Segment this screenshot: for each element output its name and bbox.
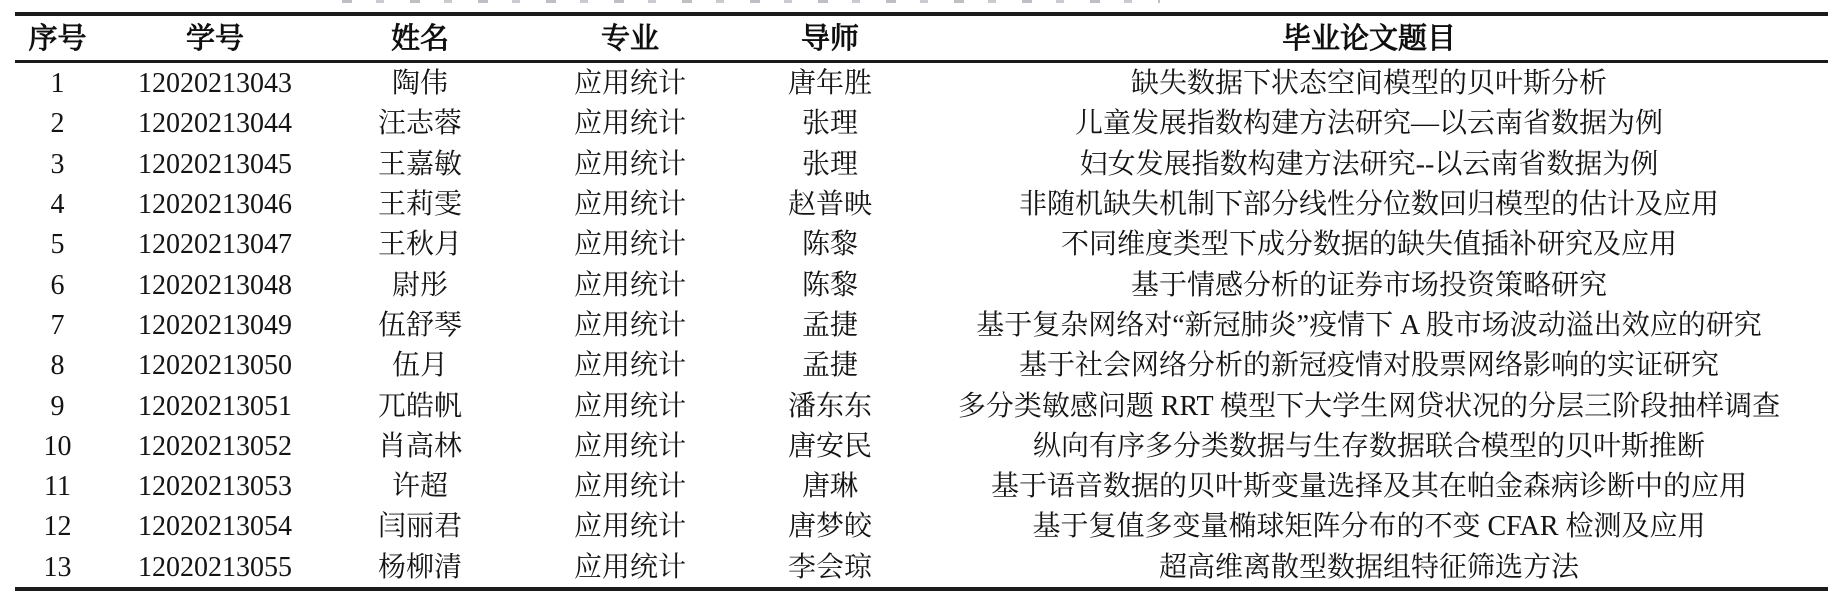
cell-name: 王嘉敏 <box>330 149 510 179</box>
cell-thesis_title: 基于语音数据的贝叶斯变量选择及其在帕金森病诊断中的应用 <box>910 471 1828 501</box>
cell-advisor: 陈黎 <box>750 229 910 259</box>
cell-major: 应用统计 <box>510 391 750 421</box>
cell-thesis_title: 儿童发展指数构建方法研究—以云南省数据为例 <box>910 108 1828 138</box>
cell-advisor: 孟捷 <box>750 310 910 340</box>
cell-name: 王秋月 <box>330 229 510 259</box>
table-body: 112020213043陶伟应用统计唐年胜缺失数据下状态空间模型的贝叶斯分析21… <box>15 63 1828 587</box>
cell-advisor: 张理 <box>750 108 910 138</box>
cell-index: 1 <box>15 68 100 98</box>
cell-advisor: 唐安民 <box>750 431 910 461</box>
header-student-id: 学号 <box>100 23 330 54</box>
cell-thesis_title: 基于复值多变量椭球矩阵分布的不变 CFAR 检测及应用 <box>910 511 1828 541</box>
cell-thesis_title: 基于复杂网络对“新冠肺炎”疫情下 A 股市场波动溢出效应的研究 <box>910 310 1828 340</box>
table-row: 212020213044汪志蓉应用统计张理儿童发展指数构建方法研究—以云南省数据… <box>15 103 1828 143</box>
cell-advisor: 潘东东 <box>750 391 910 421</box>
table-row: 1012020213052肖高林应用统计唐安民纵向有序多分类数据与生存数据联合模… <box>15 426 1828 466</box>
cell-index: 7 <box>15 310 100 340</box>
cell-advisor: 唐年胜 <box>750 68 910 98</box>
cell-student_id: 12020213053 <box>100 471 330 501</box>
cell-index: 8 <box>15 350 100 380</box>
header-thesis-title: 毕业论文题目 <box>910 23 1828 54</box>
cell-student_id: 12020213043 <box>100 68 330 98</box>
header-index: 序号 <box>15 23 100 54</box>
cell-advisor: 赵普映 <box>750 189 910 219</box>
cell-index: 6 <box>15 270 100 300</box>
cell-student_id: 12020213050 <box>100 350 330 380</box>
cell-student_id: 12020213045 <box>100 149 330 179</box>
cell-major: 应用统计 <box>510 471 750 501</box>
cell-thesis_title: 不同维度类型下成分数据的缺失值插补研究及应用 <box>910 229 1828 259</box>
cell-index: 9 <box>15 391 100 421</box>
cell-name: 伍舒琴 <box>330 310 510 340</box>
cell-advisor: 陈黎 <box>750 270 910 300</box>
cell-major: 应用统计 <box>510 511 750 541</box>
cell-student_id: 12020213046 <box>100 189 330 219</box>
header-advisor: 导师 <box>750 23 910 54</box>
table-row: 312020213045王嘉敏应用统计张理妇女发展指数构建方法研究--以云南省数… <box>15 144 1828 184</box>
table-bottom-rule <box>15 587 1828 591</box>
cell-major: 应用统计 <box>510 270 750 300</box>
cell-thesis_title: 纵向有序多分类数据与生存数据联合模型的贝叶斯推断 <box>910 431 1828 461</box>
cell-index: 2 <box>15 108 100 138</box>
cell-thesis_title: 多分类敏感问题 RRT 模型下大学生网贷状况的分层三阶段抽样调查 <box>910 391 1828 421</box>
cell-advisor: 张理 <box>750 149 910 179</box>
cell-student_id: 12020213048 <box>100 270 330 300</box>
table-row: 412020213046王莉雯应用统计赵普映非随机缺失机制下部分线性分位数回归模… <box>15 184 1828 224</box>
cell-major: 应用统计 <box>510 108 750 138</box>
cell-major: 应用统计 <box>510 310 750 340</box>
cell-name: 伍月 <box>330 350 510 380</box>
cell-name: 许超 <box>330 471 510 501</box>
cell-student_id: 12020213054 <box>100 511 330 541</box>
cell-advisor: 唐琳 <box>750 471 910 501</box>
cell-advisor: 唐梦皎 <box>750 511 910 541</box>
cell-thesis_title: 基于情感分析的证券市场投资策略研究 <box>910 270 1828 300</box>
cell-student_id: 12020213055 <box>100 552 330 582</box>
cell-student_id: 12020213052 <box>100 431 330 461</box>
cell-name: 杨柳清 <box>330 552 510 582</box>
cropped-text-remnant <box>342 0 1160 3</box>
table-row: 712020213049伍舒琴应用统计孟捷基于复杂网络对“新冠肺炎”疫情下 A … <box>15 305 1828 345</box>
cell-student_id: 12020213044 <box>100 108 330 138</box>
table-row: 512020213047王秋月应用统计陈黎不同维度类型下成分数据的缺失值插补研究… <box>15 224 1828 264</box>
table-row: 112020213043陶伟应用统计唐年胜缺失数据下状态空间模型的贝叶斯分析 <box>15 63 1828 103</box>
cell-major: 应用统计 <box>510 189 750 219</box>
thesis-roster-table: 序号 学号 姓名 专业 导师 毕业论文题目 112020213043陶伟应用统计… <box>15 12 1828 591</box>
cell-major: 应用统计 <box>510 431 750 461</box>
cell-advisor: 孟捷 <box>750 350 910 380</box>
cell-name: 闫丽君 <box>330 511 510 541</box>
cell-thesis_title: 非随机缺失机制下部分线性分位数回归模型的估计及应用 <box>910 189 1828 219</box>
table-row: 1212020213054闫丽君应用统计唐梦皎基于复值多变量椭球矩阵分布的不变 … <box>15 506 1828 546</box>
cell-advisor: 李会琼 <box>750 552 910 582</box>
cell-index: 13 <box>15 552 100 582</box>
cell-student_id: 12020213049 <box>100 310 330 340</box>
table-row: 812020213050伍月应用统计孟捷基于社会网络分析的新冠疫情对股票网络影响… <box>15 345 1828 385</box>
cell-major: 应用统计 <box>510 552 750 582</box>
cell-major: 应用统计 <box>510 229 750 259</box>
cell-name: 兀皓帆 <box>330 391 510 421</box>
table-row: 1112020213053许超应用统计唐琳基于语音数据的贝叶斯变量选择及其在帕金… <box>15 466 1828 506</box>
cell-name: 尉彤 <box>330 270 510 300</box>
cell-thesis_title: 超高维离散型数据组特征筛选方法 <box>910 552 1828 582</box>
cell-major: 应用统计 <box>510 68 750 98</box>
cell-index: 12 <box>15 511 100 541</box>
cell-index: 5 <box>15 229 100 259</box>
cell-major: 应用统计 <box>510 350 750 380</box>
cell-thesis_title: 缺失数据下状态空间模型的贝叶斯分析 <box>910 68 1828 98</box>
cell-index: 3 <box>15 149 100 179</box>
cell-name: 陶伟 <box>330 68 510 98</box>
table-row: 612020213048尉彤应用统计陈黎基于情感分析的证券市场投资策略研究 <box>15 264 1828 304</box>
cell-index: 10 <box>15 431 100 461</box>
header-major: 专业 <box>510 23 750 54</box>
cell-student_id: 12020213047 <box>100 229 330 259</box>
cell-name: 肖高林 <box>330 431 510 461</box>
cell-name: 汪志蓉 <box>330 108 510 138</box>
cell-thesis_title: 妇女发展指数构建方法研究--以云南省数据为例 <box>910 149 1828 179</box>
cell-student_id: 12020213051 <box>100 391 330 421</box>
cell-index: 4 <box>15 189 100 219</box>
cell-thesis_title: 基于社会网络分析的新冠疫情对股票网络影响的实证研究 <box>910 350 1828 380</box>
header-name: 姓名 <box>330 23 510 54</box>
table-row: 912020213051兀皓帆应用统计潘东东多分类敏感问题 RRT 模型下大学生… <box>15 385 1828 425</box>
cell-major: 应用统计 <box>510 149 750 179</box>
table-row: 1312020213055杨柳清应用统计李会琼超高维离散型数据组特征筛选方法 <box>15 547 1828 587</box>
cell-name: 王莉雯 <box>330 189 510 219</box>
table-header-row: 序号 学号 姓名 专业 导师 毕业论文题目 <box>15 16 1828 60</box>
cell-index: 11 <box>15 471 100 501</box>
